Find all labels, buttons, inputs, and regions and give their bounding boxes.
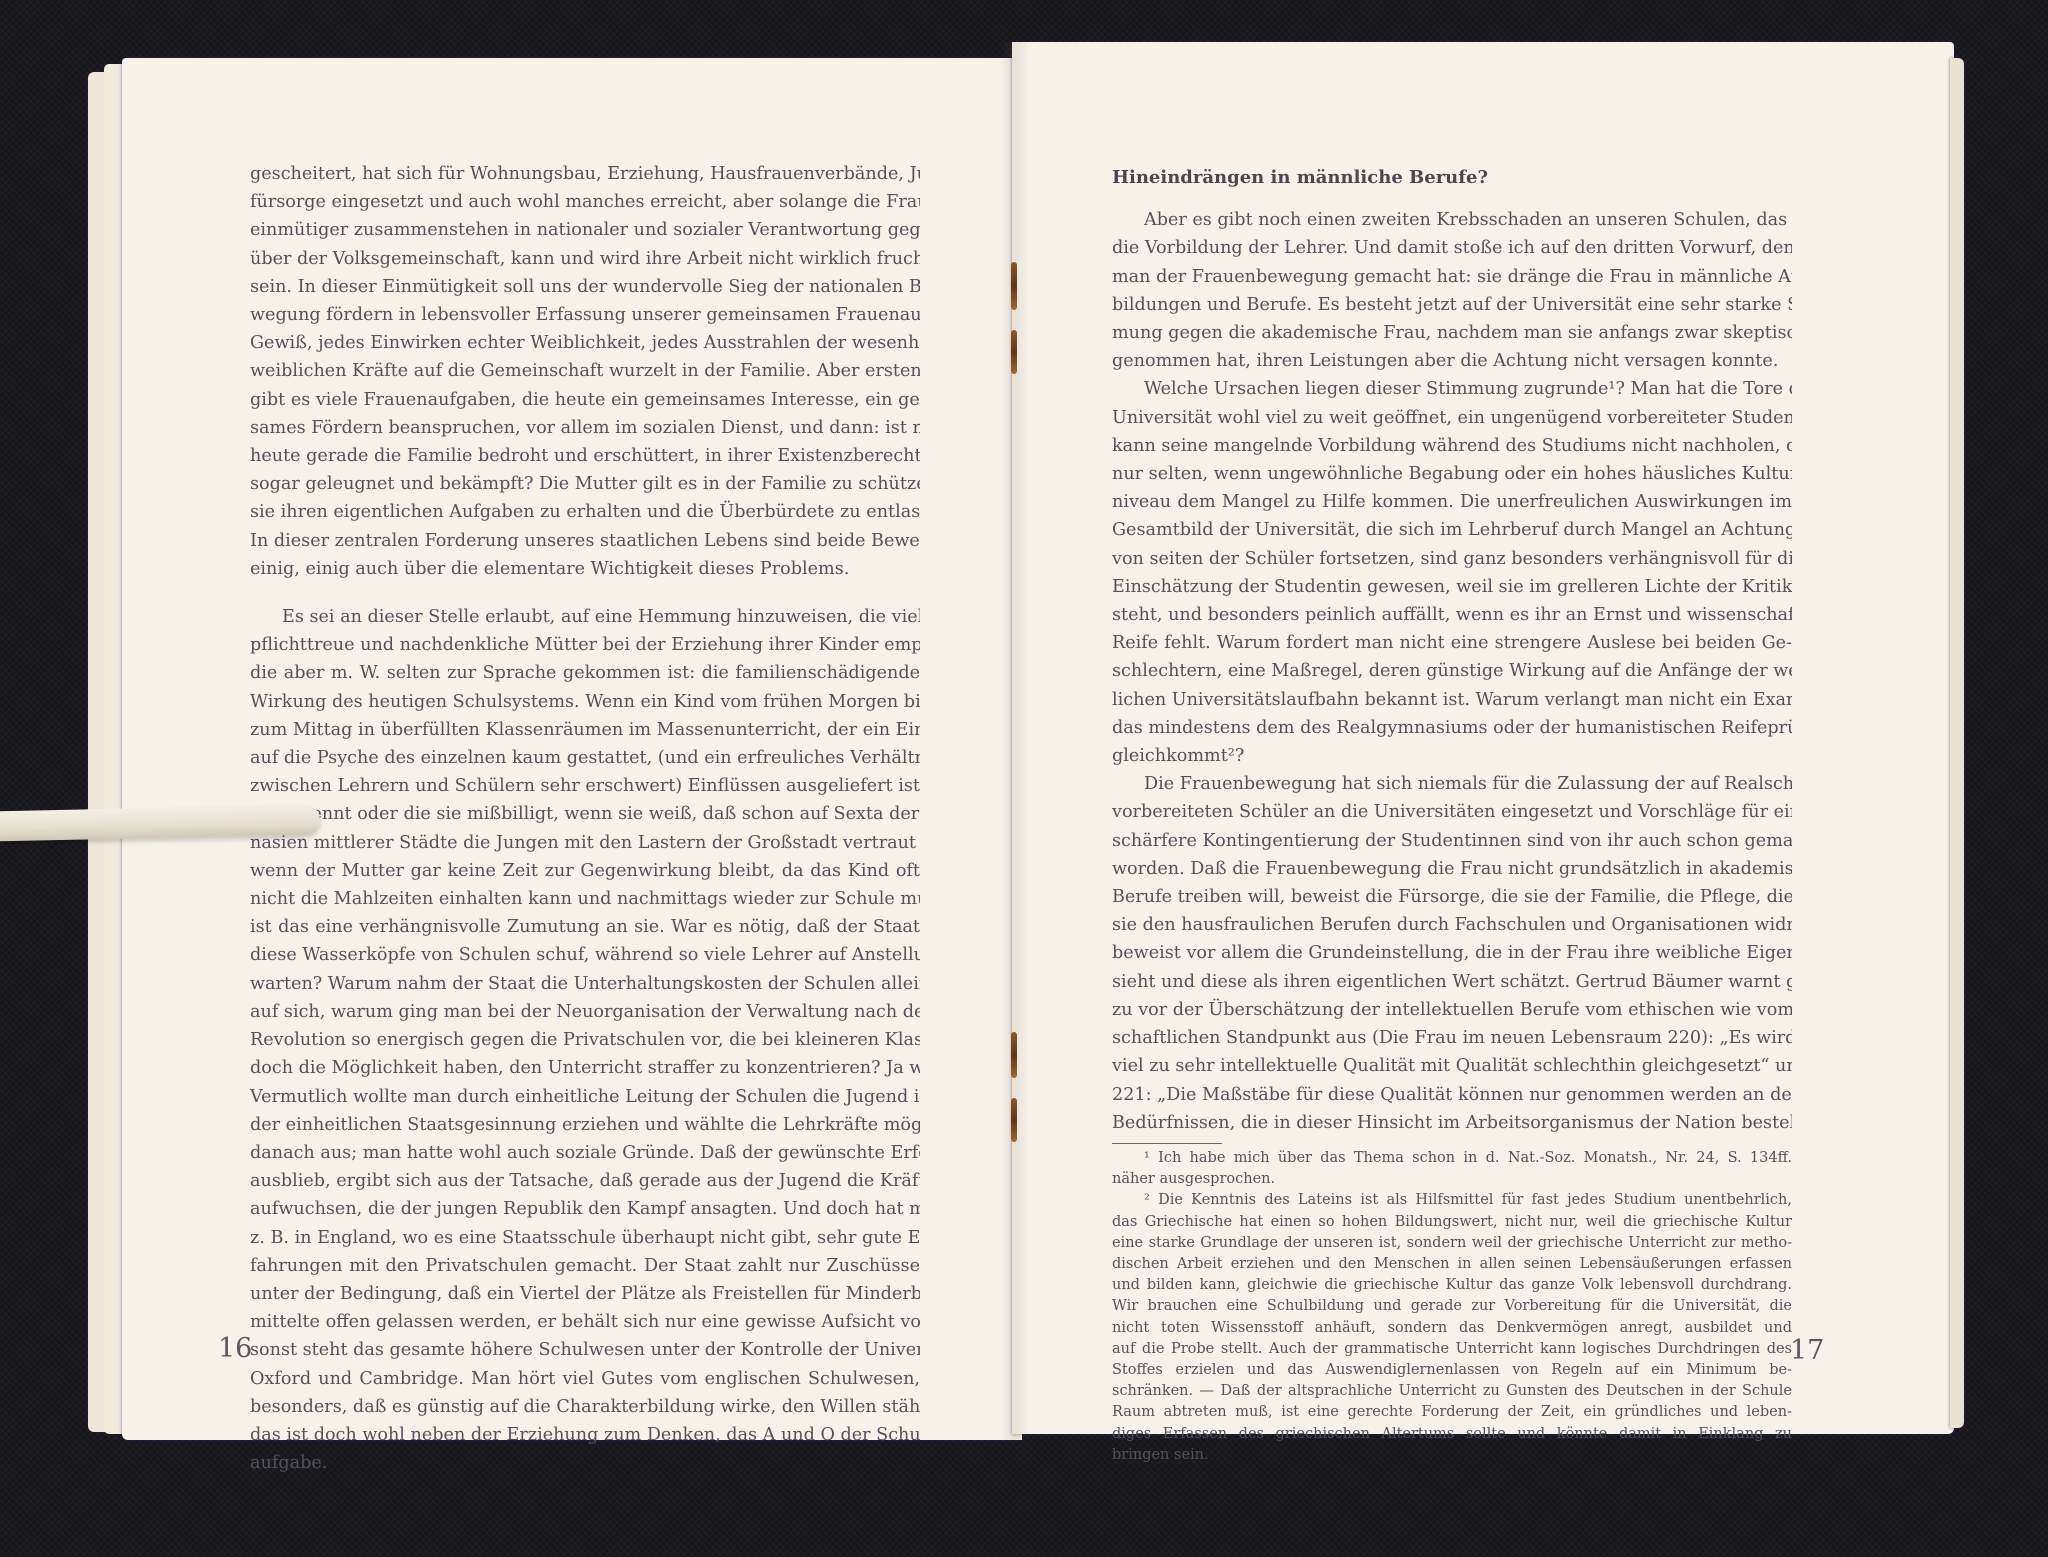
footnote-1: ¹ Ich habe mich über das Thema schon in …	[1112, 1148, 1792, 1190]
text-line: Oxford und Cambridge. Man hört viel Gute…	[250, 1365, 920, 1393]
text-line: wegung fördern in lebensvoller Erfassung…	[250, 301, 920, 329]
text-line: Berufe treiben will, beweist die Fürsorg…	[1112, 883, 1792, 911]
staple-top-lower	[1011, 330, 1017, 374]
binding-gutter	[1000, 42, 1030, 1440]
footnote-line: nicht toten Wissensstoff anhäuft, sonder…	[1112, 1318, 1792, 1339]
text-line: heute gerade die Familie bedroht und ers…	[250, 442, 920, 470]
staple-bottom-lower	[1011, 1098, 1017, 1142]
paragraph: Die Frauenbewegung hat sich niemals für …	[1112, 770, 1792, 1137]
text-line: sie ihren eigentlichen Aufgaben zu erhal…	[250, 498, 920, 526]
text-line: Es sei an dieser Stelle erlaubt, auf ein…	[250, 603, 920, 631]
text-line: über der Volksgemeinschaft, kann und wir…	[250, 245, 920, 273]
text-line: auf sich, warum ging man bei der Neuorga…	[250, 998, 920, 1026]
text-line: diese Wasserköpfe von Schulen schuf, wäh…	[250, 941, 920, 969]
text-line: man der Frauenbewegung gemacht hat: sie …	[1112, 263, 1792, 291]
footnote-2: ² Die Kenntnis des Lateins ist als Hilfs…	[1112, 1190, 1792, 1466]
page-number-left: 16	[218, 1333, 252, 1364]
text-line: die aber m. W. selten zur Sprache gekomm…	[250, 659, 920, 687]
text-line: steht, und besonders peinlich auffällt, …	[1112, 601, 1792, 629]
text-line: z. B. in England, wo es eine Staatsschul…	[250, 1224, 920, 1252]
text-line: Aber es gibt noch einen zweiten Krebssch…	[1112, 206, 1792, 234]
page-number-right: 17	[1790, 1335, 1824, 1366]
text-line: sonst steht das gesamte höhere Schulwese…	[250, 1336, 920, 1364]
text-line: pflichttreue und nachdenkliche Mütter be…	[250, 631, 920, 659]
text-line: das ist doch wohl neben der Erziehung zu…	[250, 1421, 920, 1449]
text-line: gibt es viele Frauenaufgaben, die heute …	[250, 386, 920, 414]
text-line: fürsorge eingesetzt und auch wohl manche…	[250, 188, 920, 216]
text-line: Die Frauenbewegung hat sich niemals für …	[1112, 770, 1792, 798]
text-line: zum Mittag in überfüllten Klassenräumen …	[250, 716, 920, 744]
text-line: gescheitert, hat sich für Wohnungsbau, E…	[250, 160, 920, 188]
text-line: vorbereiteten Schüler an die Universität…	[1112, 798, 1792, 826]
text-line: niveau dem Mangel zu Hilfe kommen. Die u…	[1112, 488, 1792, 516]
text-line: sogar geleugnet und bekämpft? Die Mutter…	[250, 470, 920, 498]
paragraph: gescheitert, hat sich für Wohnungsbau, E…	[250, 160, 920, 583]
footnotes: ¹ Ich habe mich über das Thema schon in …	[1112, 1148, 1792, 1466]
text-line: die Vorbildung der Lehrer. Und damit sto…	[1112, 234, 1792, 262]
footnote-line: Raum abtreten muß, ist eine gerechte For…	[1112, 1402, 1792, 1423]
text-line: beweist vor allem die Grundeinstellung, …	[1112, 939, 1792, 967]
footnote-line: ² Die Kenntnis des Lateins ist als Hilfs…	[1112, 1190, 1792, 1211]
text-line: viel zu sehr intellektuelle Qualität mit…	[1112, 1052, 1792, 1080]
text-line: zwischen Lehrern und Schülern sehr ersch…	[250, 772, 920, 800]
paragraph: Welche Ursachen liegen dieser Stimmung z…	[1112, 375, 1792, 770]
text-line: Revolution so energisch gegen die Privat…	[250, 1026, 920, 1054]
text-line: aufgabe.	[250, 1449, 920, 1477]
paragraph: Aber es gibt noch einen zweiten Krebssch…	[1112, 206, 1792, 375]
text-line: besonders, daß es günstig auf die Charak…	[250, 1393, 920, 1421]
text-line: schlechtern, eine Maßregel, deren günsti…	[1112, 657, 1792, 685]
left-page-text: gescheitert, hat sich für Wohnungsbau, E…	[250, 160, 920, 1477]
text-line: nasien mittlerer Städte die Jungen mit d…	[250, 829, 920, 857]
text-line: Einschätzung der Studentin gewesen, weil…	[1112, 573, 1792, 601]
text-line: kann seine mangelnde Vorbildung während …	[1112, 432, 1792, 460]
right-page-stack-edge	[1950, 58, 1964, 1428]
text-line: das mindestens dem des Realgymnasiums od…	[1112, 714, 1792, 742]
text-line: warten? Warum nahm der Staat die Unterha…	[250, 970, 920, 998]
text-line: wenn der Mutter gar keine Zeit zur Gegen…	[250, 857, 920, 885]
footnote-line: auf die Probe stellt. Auch der grammatis…	[1112, 1339, 1792, 1360]
text-line: Welche Ursachen liegen dieser Stimmung z…	[1112, 375, 1792, 403]
text-line: genommen hat, ihren Leistungen aber die …	[1112, 347, 1792, 375]
footnote-line: näher ausgesprochen.	[1112, 1169, 1792, 1190]
text-line: Wirkung des heutigen Schulsystems. Wenn …	[250, 688, 920, 716]
footnote-line: bringen sein.	[1112, 1445, 1792, 1466]
text-line: Reife fehlt. Warum fordert man nicht ein…	[1112, 629, 1792, 657]
footnote-line: schränken. — Daß der altsprachliche Unte…	[1112, 1381, 1792, 1402]
footnote-line: diges Erfassen des griechischen Altertum…	[1112, 1424, 1792, 1445]
footnote-line: dischen Arbeit erziehen und den Menschen…	[1112, 1254, 1792, 1275]
text-line: Universität wohl viel zu weit geöffnet, …	[1112, 404, 1792, 432]
footnote-line: eine starke Grundlage der unseren ist, s…	[1112, 1233, 1792, 1254]
footnote-line: ¹ Ich habe mich über das Thema schon in …	[1112, 1148, 1792, 1169]
open-booklet: gescheitert, hat sich für Wohnungsbau, E…	[0, 0, 2048, 1557]
text-line: fahrungen mit den Privatschulen gemacht.…	[250, 1252, 920, 1280]
text-line: 221: „Die Maßstäbe für diese Qualität kö…	[1112, 1081, 1792, 1109]
text-line: Vermutlich wollte man durch einheitliche…	[250, 1083, 920, 1111]
text-line: mung gegen die akademische Frau, nachdem…	[1112, 319, 1792, 347]
text-line: ausblieb, ergibt sich aus der Tatsache, …	[250, 1167, 920, 1195]
text-line: sames Fördern beanspruchen, vor allem im…	[250, 414, 920, 442]
text-line: von seiten der Schüler fortsetzen, sind …	[1112, 545, 1792, 573]
text-line: ist das eine verhängnisvolle Zumutung an…	[250, 913, 920, 941]
text-line: sie den hausfraulichen Berufen durch Fac…	[1112, 911, 1792, 939]
right-page-text: Hineindrängen in männliche Berufe? Aber …	[1112, 164, 1792, 1466]
text-line: der einheitlichen Staatsgesinnung erzieh…	[250, 1111, 920, 1139]
text-line: einmütiger zusammenstehen in nationaler …	[250, 216, 920, 244]
text-line: Gewiß, jedes Einwirken echter Weiblichke…	[250, 329, 920, 357]
text-line: Bedürfnissen, die in dieser Hinsicht im …	[1112, 1109, 1792, 1137]
text-line: In dieser zentralen Forderung unseres st…	[250, 527, 920, 555]
text-line: sein. In dieser Einmütigkeit soll uns de…	[250, 273, 920, 301]
text-line: danach aus; man hatte wohl auch soziale …	[250, 1139, 920, 1167]
footnote-line: und bilden kann, gleichwie die griechisc…	[1112, 1275, 1792, 1296]
section-heading: Hineindrängen in männliche Berufe?	[1112, 164, 1792, 192]
staple-top-upper	[1011, 262, 1017, 310]
text-line: auf die Psyche des einzelnen kaum gestat…	[250, 744, 920, 772]
footnote-line: Stoffes erzielen und das Auswendiglernen…	[1112, 1360, 1792, 1381]
text-line: nicht die Mahlzeiten einhalten kann und …	[250, 885, 920, 913]
text-line: Gesamtbild der Universität, die sich im …	[1112, 516, 1792, 544]
text-line: weiblichen Kräfte auf die Gemeinschaft w…	[250, 357, 920, 385]
text-line: schärfere Kontingentierung der Studentin…	[1112, 827, 1792, 855]
text-line: schaftlichen Standpunkt aus (Die Frau im…	[1112, 1024, 1792, 1052]
text-line: aufwuchsen, die der jungen Republik den …	[250, 1195, 920, 1223]
text-line: einig, einig auch über die elementare Wi…	[250, 555, 920, 583]
paragraph: Es sei an dieser Stelle erlaubt, auf ein…	[250, 603, 920, 1477]
text-line: bildungen und Berufe. Es besteht jetzt a…	[1112, 291, 1792, 319]
text-line: nicht kennt oder die sie mißbilligt, wen…	[250, 800, 920, 828]
text-line: zu vor der Überschätzung der intellektue…	[1112, 996, 1792, 1024]
text-line: nur selten, wenn ungewöhnliche Begabung …	[1112, 460, 1792, 488]
text-line: lichen Universitätslaufbahn bekannt ist.…	[1112, 686, 1792, 714]
text-line: mittelte offen gelassen werden, er behäl…	[250, 1308, 920, 1336]
text-line: unter der Bedingung, daß ein Viertel der…	[250, 1280, 920, 1308]
footnote-line: das Griechische hat einen so hohen Bildu…	[1112, 1212, 1792, 1233]
staple-bottom-upper	[1011, 1032, 1017, 1078]
footnote-line: Wir brauchen eine Schulbildung und gerad…	[1112, 1296, 1792, 1317]
footnote-divider	[1112, 1143, 1222, 1144]
text-line: gleichkommt²?	[1112, 742, 1792, 770]
text-line: worden. Daß die Frauenbewegung die Frau …	[1112, 855, 1792, 883]
text-line: sieht und diese als ihren eigentlichen W…	[1112, 968, 1792, 996]
text-line: doch die Möglichkeit haben, den Unterric…	[250, 1054, 920, 1082]
